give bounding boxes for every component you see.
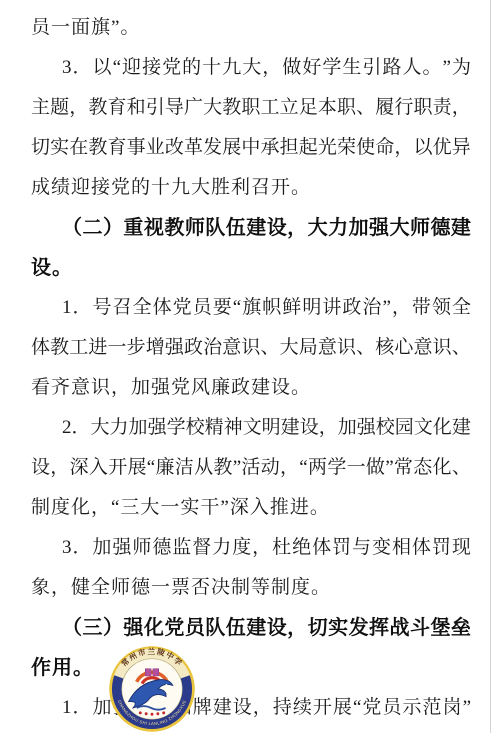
text-line: 设，深入开展“廉洁从教”活动，“两学一做”常态化、 xyxy=(31,448,471,488)
text-line: 1．加强党员品牌建设，持续开展“党员示范岗” xyxy=(31,688,471,728)
text-line: 设。 xyxy=(31,248,471,288)
text-line: 员一面旗”。 xyxy=(31,8,471,48)
text-line: 看齐意识，加强党风廉政建设。 xyxy=(31,368,471,408)
magenta-glyph-right xyxy=(153,669,159,676)
document-text-body: 员一面旗”。3．以“迎接党的十九大，做好学生引路人。”为主题，教育和引导广大教职… xyxy=(31,8,471,728)
school-seal-logo: 常州市兰陵中学 CHANGZHOU SHI LANLING ZHONGXUE xyxy=(107,644,197,733)
page-edge-divider xyxy=(490,0,491,733)
text-line: （三）强化党员队伍建设，切实发挥战斗堡垒 xyxy=(31,608,471,648)
text-line: （二）重视教师队伍建设，大力加强大师德建 xyxy=(31,208,471,248)
text-line: 2．大力加强学校精神文明建设，加强校园文化建 xyxy=(31,408,471,448)
bird-eye xyxy=(165,684,167,686)
text-line: 制度化，“三大一实干”深入推进。 xyxy=(31,488,471,528)
document-page: 员一面旗”。3．以“迎接党的十九大，做好学生引路人。”为主题，教育和引导广大教职… xyxy=(0,0,501,733)
text-line: 3．以“迎接党的十九大，做好学生引路人。”为 xyxy=(31,48,471,88)
text-line: 主题，教育和引导广大教职工立足本职、履行职责， xyxy=(31,88,471,128)
text-line: 成绩迎接党的十九大胜利召开。 xyxy=(31,168,471,208)
text-line: 作用。 xyxy=(31,648,471,688)
text-line: 象，健全师德一票否决制等制度。 xyxy=(31,568,471,608)
text-line: 切实在教育事业改革发展中承担起光荣使命，以优异 xyxy=(31,128,471,168)
magenta-glyph-left xyxy=(145,669,151,676)
text-line: 1．号召全体党员要“旗帜鲜明讲政治”，带领全 xyxy=(31,288,471,328)
text-line: 3．加强师德监督力度，杜绝体罚与变相体罚现 xyxy=(31,528,471,568)
text-line: 体教工进一步增强政治意识、大局意识、核心意识、 xyxy=(31,328,471,368)
